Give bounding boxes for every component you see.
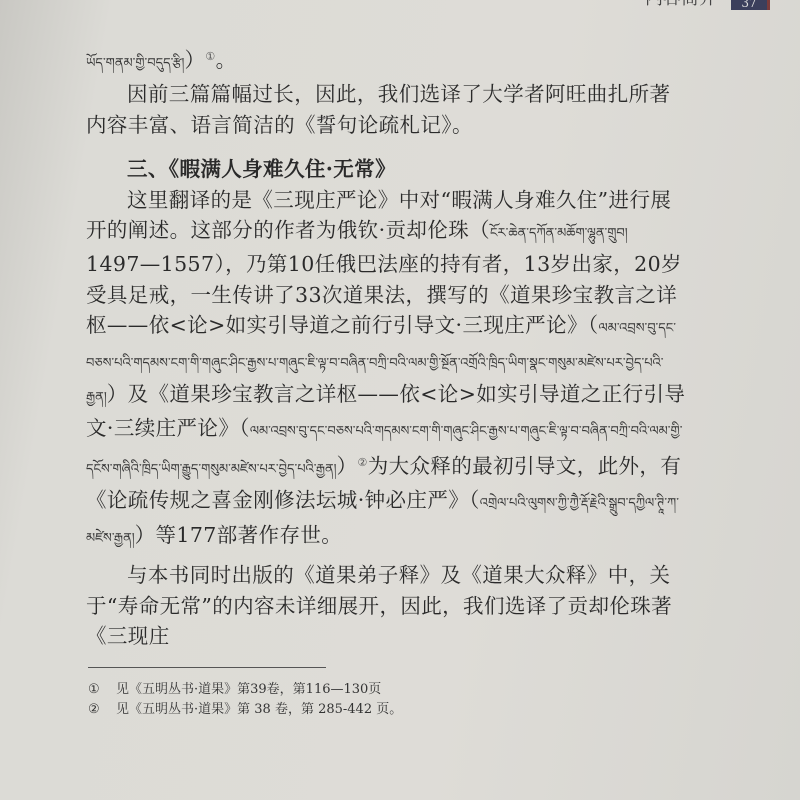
text: 1497—1557），乃第10任俄巴法座的持有者，13岁出家，20岁受具足戒，一… <box>86 252 682 337</box>
footnote-text: 见《五明丛书·道果》第39卷，第116—130页 <box>116 680 381 700</box>
footnote-ref-2[interactable]: ② <box>357 456 367 469</box>
tibetan-text: ངོར་ཆེན་དཀོན་མཆོག་ལྷུན་གྲུབ། <box>490 226 628 241</box>
running-header: 内容简介 37 <box>645 0 770 16</box>
footnote-1: ① 见《五明丛书·道果》第39卷，第116—130页 <box>88 680 588 700</box>
text: ） <box>184 48 205 72</box>
section-heading: 三、《暇满人身难久住·无常》 <box>86 154 686 184</box>
paragraph-3: 与本书同时出版的《道果弟子释》及《道果大众释》中，关于“寿命无常”的内容未详细展… <box>86 560 686 651</box>
footnote-divider <box>88 667 326 668</box>
text: ）等177部著作存世。 <box>135 523 343 547</box>
paragraph-2: 这里翻译的是《三现庄严论》中对“暇满人身难久住”进行展开的阐述。这部分的作者为俄… <box>86 185 686 554</box>
tibetan-text: ཡོད་གནམ་གྱི་བདུད་རྩི། <box>86 56 184 71</box>
paragraph-1: 因前三篇篇幅过长，因此，我们选译了大学者阿旺曲扎所著内容丰富、语言简洁的《誓句论… <box>86 79 686 140</box>
footnote-2: ② 见《五明丛书·道果》第 38 卷，第 285-442 页。 <box>88 700 588 720</box>
page-body: ཡོད་གནམ་གྱི་བདུད་རྩི།）①。 因前三篇篇幅过长，因此，我们选… <box>86 32 686 651</box>
page-number: 37 <box>731 0 770 10</box>
footnote-mark: ① <box>88 680 102 700</box>
text: ） <box>337 454 358 478</box>
footnotes: ① 见《五明丛书·道果》第39卷，第116—130页 ② 见《五明丛书·道果》第… <box>88 680 588 720</box>
paragraph-continuation: ཡོད་གནམ་གྱི་བདུད་རྩི།）①。 <box>86 42 686 79</box>
text: 。 <box>216 48 237 72</box>
running-title: 内容简介 <box>645 0 717 8</box>
footnote-mark: ② <box>88 700 102 720</box>
footnote-text: 见《五明丛书·道果》第 38 卷，第 285-442 页。 <box>116 700 402 720</box>
footnote-ref-1[interactable]: ① <box>205 50 215 63</box>
